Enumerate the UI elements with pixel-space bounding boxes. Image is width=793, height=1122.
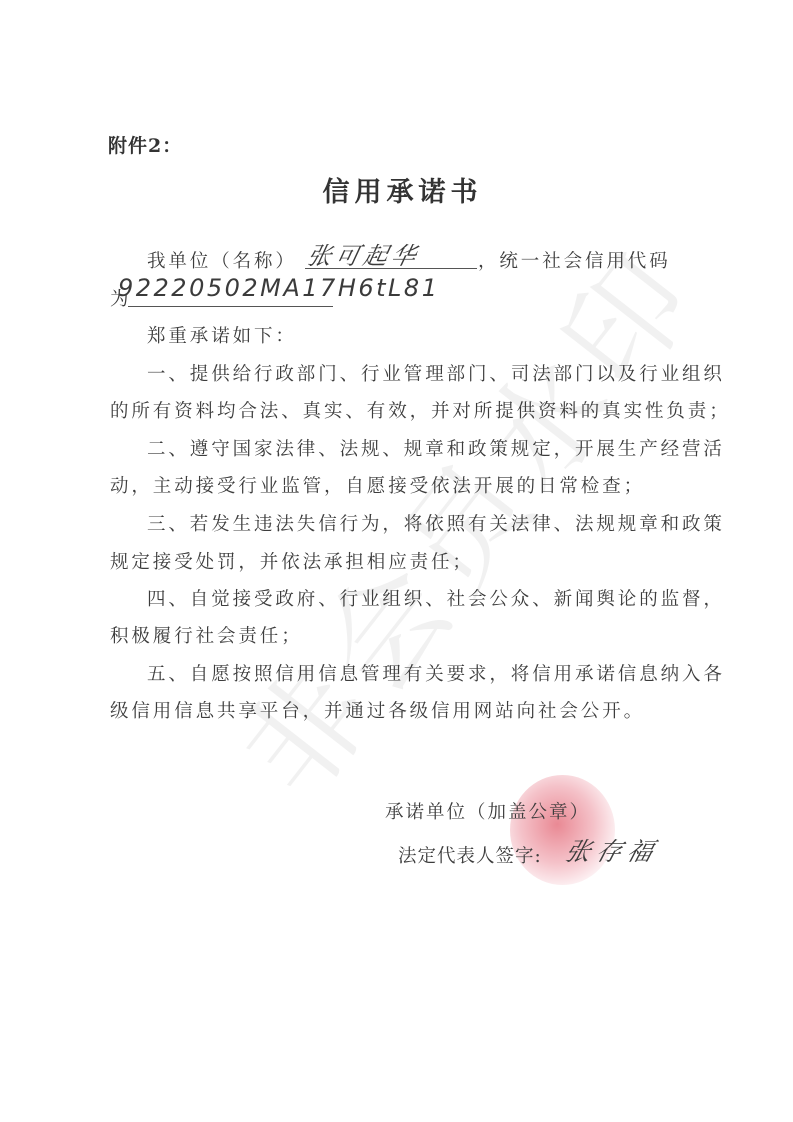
name-underline	[305, 268, 477, 269]
credit-code-handwritten: 92220502MA17H6tL81	[118, 274, 439, 302]
promise-4-line-1: 四、自觉接受政府、行业组织、社会公众、新闻舆论的监督，	[147, 585, 725, 611]
promise-3-line-1: 三、若发生违法失信行为，将依照有关法律、法规规章和政策	[147, 510, 725, 536]
promise-5-line-2: 级信用信息共享平台，并通过各级信用网站向社会公开。	[110, 697, 645, 723]
attachment-label: 附件2：	[108, 131, 182, 158]
promise-2-line-1: 二、遵守国家法律、法规、规章和政策规定，开展生产经营活	[147, 435, 725, 461]
intro-prefix: 我单位（名称）	[147, 247, 297, 273]
promise-3-line-2: 规定接受处罚，并依法承担相应责任；	[110, 548, 474, 574]
promise-2-line-2: 动，主动接受行业监管，自愿接受依法开展的日常检查；	[110, 472, 645, 498]
promise-1-line-2: 的所有资料均合法、真实、有效，并对所提供资料的真实性负责；	[110, 397, 731, 423]
intro-suffix: ，统一社会信用代码	[478, 247, 671, 273]
promise-5-line-1: 五、自愿按照信用信息管理有关要求，将信用承诺信息纳入各	[147, 660, 725, 686]
promise-1-line-1: 一、提供给行政部门、行业管理部门、司法部门以及行业组织	[147, 360, 725, 386]
red-seal-stamp	[510, 775, 615, 885]
code-underline	[128, 306, 333, 307]
legal-rep-label: 法定代表人签字:	[398, 842, 542, 868]
document-title: 信用承诺书	[0, 170, 793, 209]
promise-heading: 郑重承诺如下：	[147, 322, 297, 348]
promise-4-line-2: 积极履行社会责任；	[110, 622, 303, 648]
company-name-handwritten: 张可起华	[304, 236, 423, 271]
document-page: 非会员水印 附件2： 信用承诺书 我单位（名称） 张可起华 ，统一社会信用代码 …	[0, 0, 793, 1122]
signing-unit-label: 承诺单位（加盖公章）	[385, 798, 590, 824]
legal-rep-signature: 张存福	[561, 832, 664, 868]
